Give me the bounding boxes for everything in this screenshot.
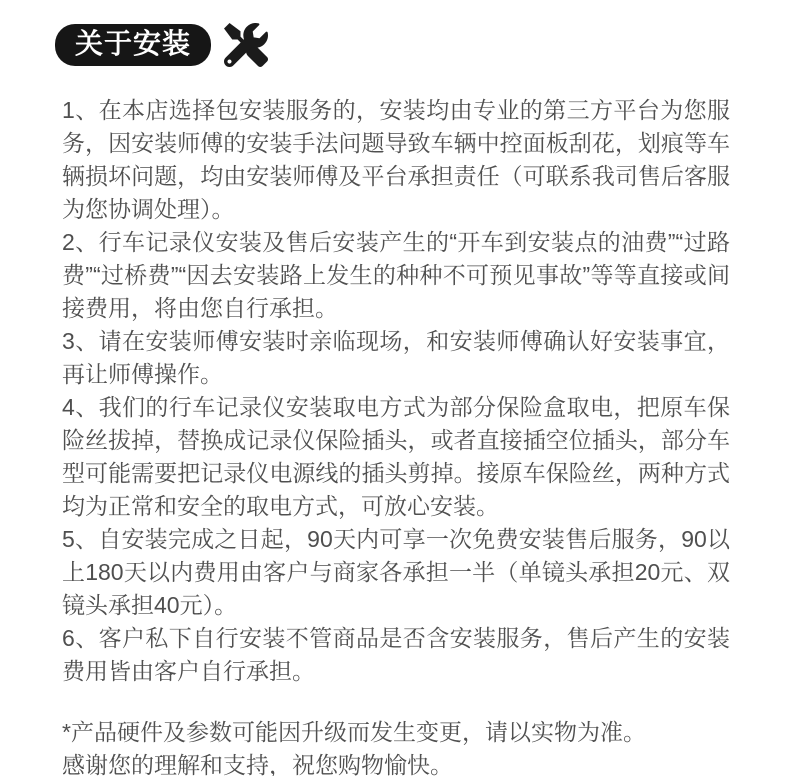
note-paragraph-4: 4、我们的行车记录仪安装取电方式为部分保险盒取电，把原车保险丝拔掉，替换成记录仪… <box>62 391 730 523</box>
note-paragraph-2: 2、行车记录仪安装及售后安装产生的“开车到安装点的油费”“过路费”“过桥费”“因… <box>62 226 730 325</box>
note-paragraph-5: 5、自安装完成之日起，90天内可享一次免费安装售后服务，90以上180天以内费用… <box>62 523 730 622</box>
section-title: 关于安装 <box>75 28 191 59</box>
footnote-disclaimer: *产品硬件及参数可能因升级而发生变更，请以实物为准。 <box>62 716 730 749</box>
section-header: 关于安装 <box>0 0 790 68</box>
notes-body: 1、在本店选择包安装服务的，安装均由专业的第三方平台为您服务，因安装师傅的安装手… <box>0 68 790 776</box>
wrench-screwdriver-icon <box>223 22 269 68</box>
note-paragraph-1: 1、在本店选择包安装服务的，安装均由专业的第三方平台为您服务，因安装师傅的安装手… <box>62 94 730 226</box>
note-paragraph-3: 3、请在安装师傅安装时亲临现场，和安装师傅确认好安装事宜，再让师傅操作。 <box>62 325 730 391</box>
note-paragraph-6: 6、客户私下自行安装不管商品是否含安装服务，售后产生的安装费用皆由客户自行承担。 <box>62 622 730 688</box>
installation-notes-section: 关于安装 1、在本店选择包安装服务的，安装均由专业的第三方平台为您服务，因安装师… <box>0 0 790 776</box>
section-title-badge: 关于安装 <box>55 24 211 66</box>
footnote-thanks: 感谢您的理解和支持，祝您购物愉快。 <box>62 749 730 776</box>
footnotes: *产品硬件及参数可能因升级而发生变更，请以实物为准。 感谢您的理解和支持，祝您购… <box>62 716 730 776</box>
